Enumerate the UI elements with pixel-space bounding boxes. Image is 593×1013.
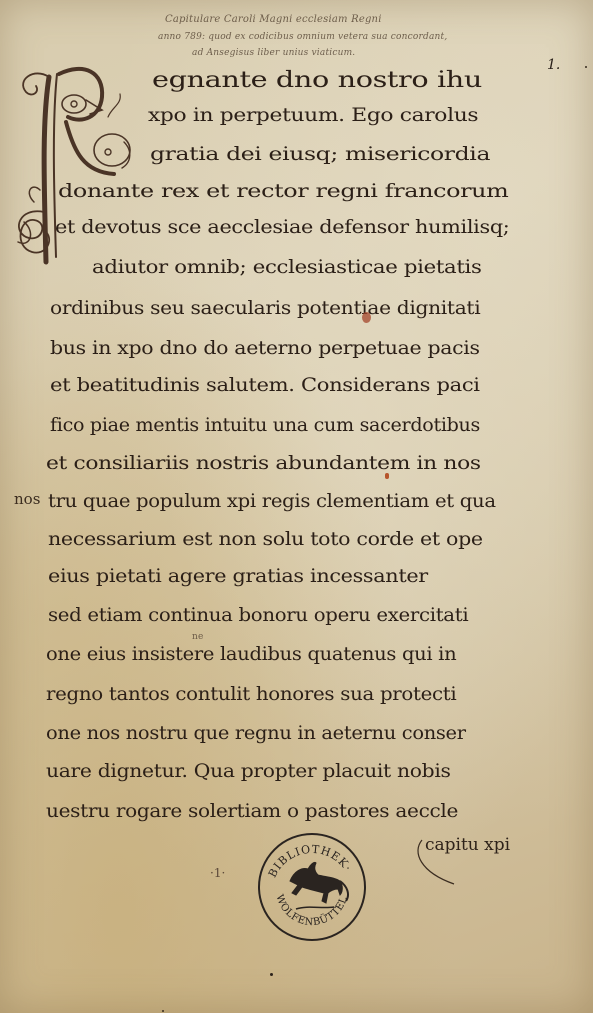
text-line-11: et consiliariis nostris abundantem in no… <box>46 452 481 474</box>
text-line-1: egnante dno nostro ihu <box>152 68 482 93</box>
red-ink-mark <box>385 473 389 479</box>
library-stamp-icon: BIBLIOTHEK· WOLFENBÜTTEL <box>256 831 368 943</box>
stray-marks: ·1· <box>210 866 225 880</box>
folio-number: 1. <box>547 57 560 73</box>
ink-speck <box>162 1010 164 1012</box>
text-line-8: bus in xpo dno do aeterno perpetuae paci… <box>50 337 480 359</box>
text-line-16: one eius insistere laudibus quatenus qui… <box>46 643 456 665</box>
interlinear-correction: ne <box>192 632 204 642</box>
text-line-5: et devotus sce aecclesiae defensor humil… <box>55 216 509 238</box>
text-line-13: necessarium est non solu toto corde et o… <box>48 528 483 550</box>
text-line-4: donante rex et rector regni francorum <box>58 180 508 202</box>
text-line-9: et beatitudinis salutem. Considerans pac… <box>50 374 480 396</box>
text-line-15: sed etiam continua bonoru operu exercita… <box>48 604 468 626</box>
manuscript-folio: Capitulare Caroli Magni ecclesiam Regni … <box>0 0 593 1013</box>
text-line-19: uare dignetur. Qua propter placuit nobis <box>46 760 451 782</box>
decorated-initial-r-icon <box>4 62 164 272</box>
text-line-17: regno tantos contulit honores sua protec… <box>46 683 456 705</box>
chapter-note: capitu xpi <box>425 835 510 855</box>
text-line-6: adiutor omnib; ecclesiasticae pietatis <box>92 256 482 278</box>
text-line-12: tru quae populum xpi regis clementiam et… <box>48 490 496 512</box>
text-line-20: uestru rogare solertiam o pastores aeccl… <box>46 800 458 822</box>
red-stain <box>362 312 371 323</box>
text-line-14: eius pietati agere gratias incessanter <box>48 565 428 587</box>
ink-speck <box>585 66 587 68</box>
svg-text:WOLFENBÜTTEL: WOLFENBÜTTEL <box>273 893 350 928</box>
text-line-10: fico piae mentis intuitu una cum sacerdo… <box>50 414 480 436</box>
text-line-7: ordinibus seu saecularis potentiae digni… <box>50 297 480 319</box>
text-line-3: gratia dei eiusq; misericordia <box>150 143 490 165</box>
margin-word: nos <box>14 490 40 508</box>
ink-speck <box>270 973 273 976</box>
text-line-18: one nos nostru que regnu in aeternu cons… <box>46 722 466 744</box>
text-line-2: xpo in perpetuum. Ego carolus <box>148 104 478 126</box>
annotation-line-1: Capitulare Caroli Magni ecclesiam Regni <box>165 14 382 25</box>
annotation-line-2: anno 789: quod ex codicibus omnium veter… <box>158 32 447 42</box>
annotation-line-3: ad Ansegisus liber unius viaticum. <box>192 48 355 58</box>
